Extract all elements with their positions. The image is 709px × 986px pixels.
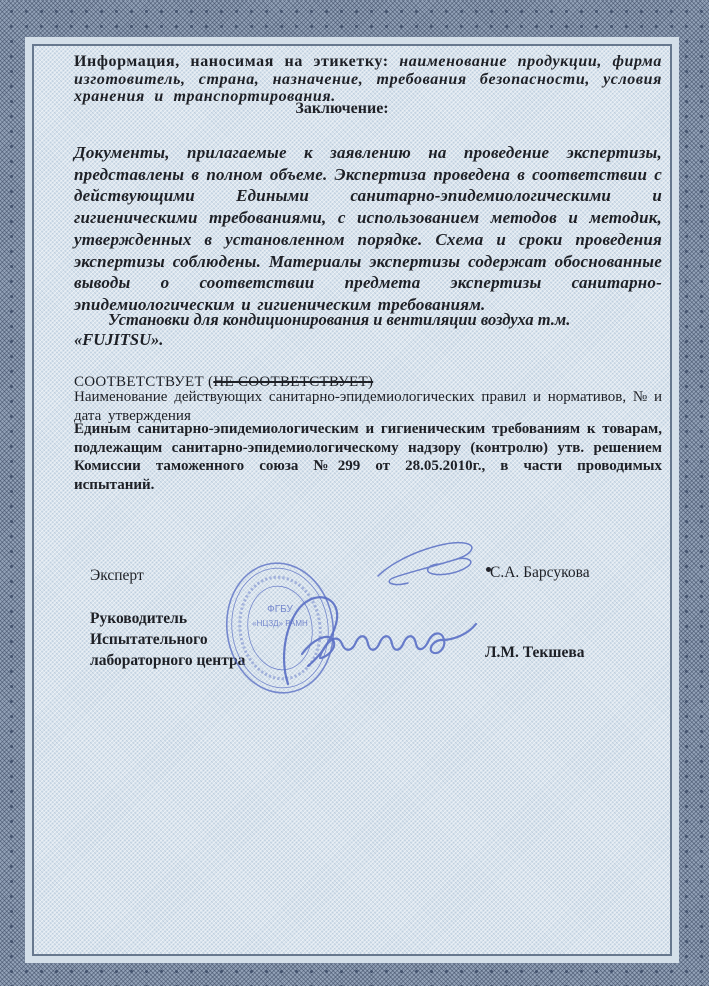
norms-value: Единым санитарно-эпидемиологическим и ги… <box>74 420 662 494</box>
document-paper: Информация, наносимая на этикетку: наиме… <box>32 44 672 956</box>
head-signature <box>272 590 487 694</box>
conclusion-body: Документы, прилагаемые к заявлению на пр… <box>74 142 662 316</box>
head-signature-icon <box>272 590 487 694</box>
head-name: Л.М. Текшева <box>485 644 584 662</box>
label-info-paragraph: Информация, наносимая на этикетку: наиме… <box>74 53 662 106</box>
ink-speck <box>486 567 491 572</box>
label-info-title: Информация, наносимая на этикетку: <box>74 53 389 70</box>
scanned-certificate-page: Информация, наносимая на этикетку: наиме… <box>0 0 709 986</box>
product-line: Установки для кондиционирования и вентил… <box>74 310 662 350</box>
expert-name: С.А. Барсукова <box>490 564 590 582</box>
expert-role-label: Эксперт <box>90 567 144 585</box>
expert-signature <box>370 534 482 596</box>
expert-signature-icon <box>370 534 482 596</box>
conclusion-heading: Заключение: <box>48 100 636 118</box>
